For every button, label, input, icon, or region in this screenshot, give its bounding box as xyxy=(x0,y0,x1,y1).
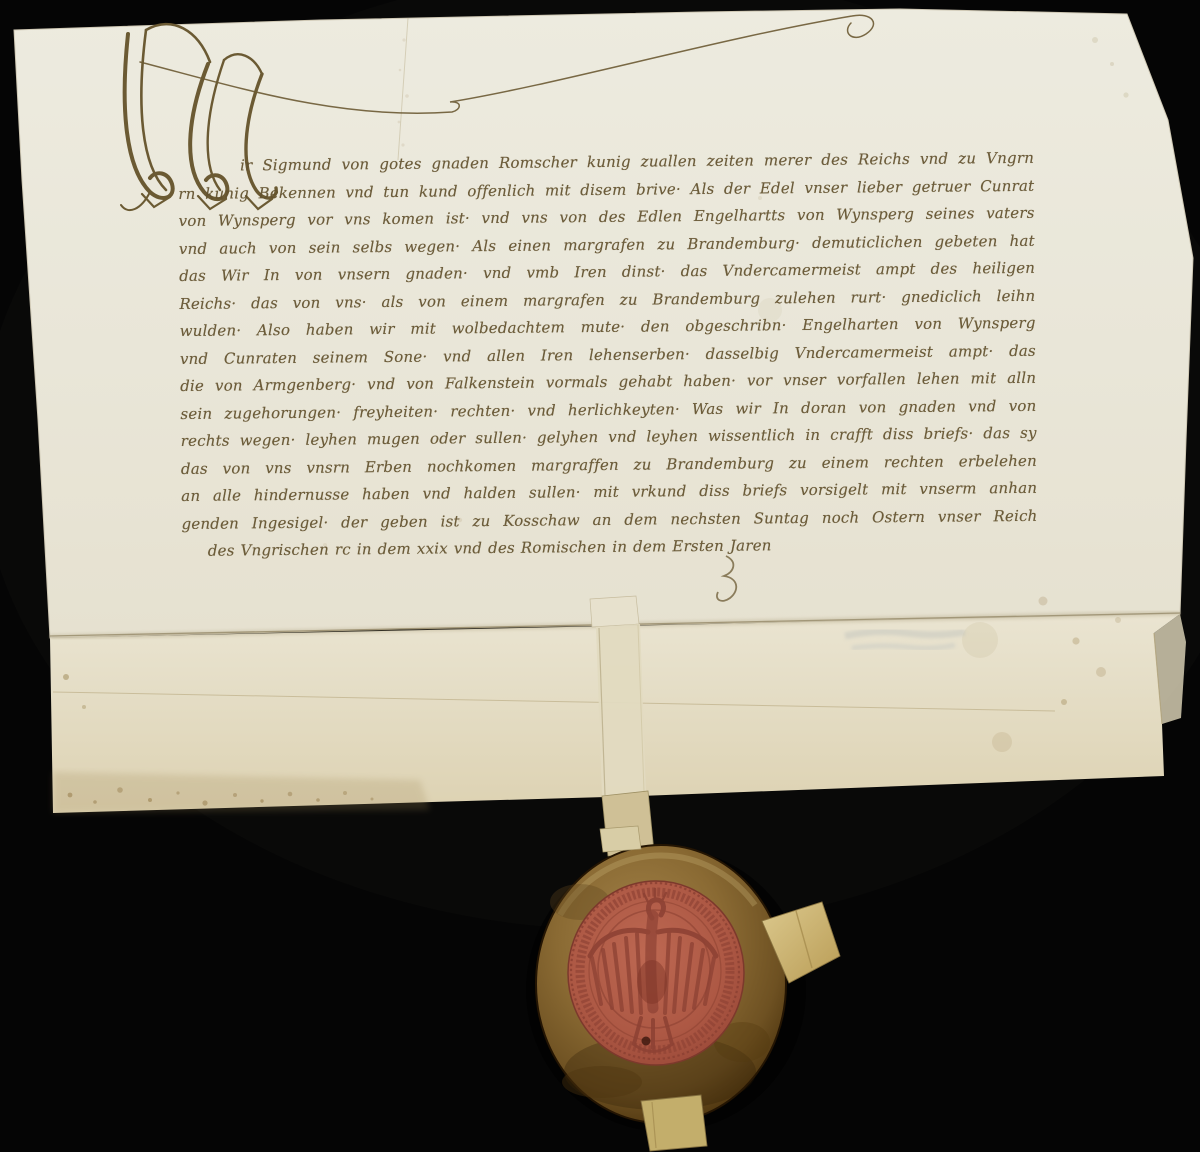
charter-photograph: ir Sigmund von gotes gnaden Romscher kun… xyxy=(0,0,1200,1152)
parchment-tag-upper xyxy=(600,826,641,852)
bowl-mottle-3 xyxy=(562,1066,642,1098)
seal-center-pit xyxy=(642,1037,651,1046)
parchment-tag-bottom xyxy=(641,1095,707,1151)
charter-text-block: ir Sigmund von gotes gnaden Romscher kun… xyxy=(178,149,1038,570)
tag-tab-above-fold xyxy=(590,596,639,627)
seal-center-blotch xyxy=(637,960,667,1004)
